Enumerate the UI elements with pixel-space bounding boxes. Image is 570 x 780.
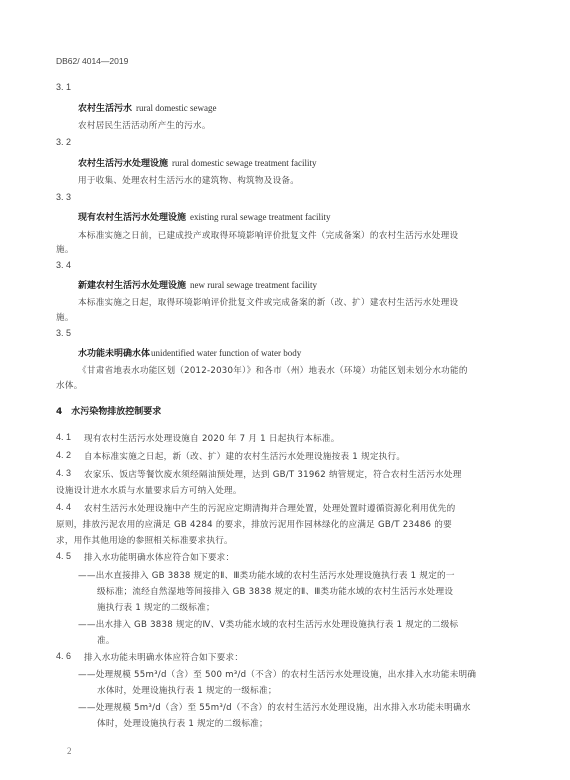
clause-number: 4. 3	[56, 468, 71, 478]
clause-text-cont: 原则，排放污泥农用的应满足 GB 4284 的要求，排放污泥用作园林绿化的应满足…	[56, 518, 452, 530]
clause-text: 现有农村生活污水处理设施自 2020 年 7 月 1 日起执行本标准。	[84, 432, 340, 444]
definition-number: 3. 1	[56, 82, 71, 92]
list-item: ——处理规模 55m³/d（含）至 500 m³/d（不含）的农村生活污水处理设…	[78, 668, 476, 680]
clause-text-cont: 求，用作其他用途的参照相关标准要求执行。	[56, 534, 233, 546]
list-item-cont: 水体时，处理设施执行表 1 规定的一级标准；	[97, 684, 277, 696]
definition-number: 3. 2	[56, 137, 71, 147]
clause-text-cont: 设施设计进水水质与水量要求后方可纳入处理。	[56, 484, 242, 496]
term-zh: 新建农村生活污水处理设施	[78, 281, 186, 291]
clause-number: 4. 2	[56, 450, 71, 460]
term-zh: 农村生活污水	[78, 104, 132, 114]
term-en: new rural sewage treatment facility	[190, 280, 317, 290]
definition-term: 现有农村生活污水处理设施existing rural sewage treatm…	[78, 210, 330, 223]
term-zh: 现有农村生活污水处理设施	[78, 213, 186, 223]
document-page: DB62/ 4014—2019 3. 1 农村生活污水rural domesti…	[0, 0, 570, 780]
definition-number: 3. 5	[56, 328, 71, 338]
definition-text-cont: 水体。	[56, 379, 83, 391]
list-item-cont: 准。	[97, 634, 115, 646]
clause-number: 4. 4	[56, 502, 71, 512]
clause-number: 4. 6	[56, 651, 71, 661]
section-heading: 4 水污染物排放控制要求	[56, 404, 161, 417]
term-zh: 农村生活污水处理设施	[78, 159, 168, 169]
definition-text: 用于收集、处理农村生活污水的建筑物、构筑物及设备。	[78, 174, 299, 186]
definition-text-cont: 施。	[56, 311, 74, 323]
term-en: existing rural sewage treatment facility	[190, 212, 330, 222]
list-item-cont: 级标准；流经自然湿地等间接排入 GB 3838 规定的Ⅱ、Ⅲ类功能水域的农村生活…	[97, 585, 453, 597]
page-number: 2	[67, 746, 72, 756]
definition-text: 本标准实施之日前，已建成投产或取得环境影响评价批复文件（完成备案）的农村生活污水…	[78, 229, 458, 241]
term-en: rural domestic sewage treatment facility	[172, 158, 316, 168]
list-item: ——出水直接排入 GB 3838 规定的Ⅱ、Ⅲ类功能水域的农村生活污水处理设施执…	[78, 569, 455, 581]
definition-term: 新建农村生活污水处理设施new rural sewage treatment f…	[78, 278, 317, 291]
term-zh: 水功能未明确水体	[78, 349, 150, 359]
definition-term: 农村生活污水处理设施rural domestic sewage treatmen…	[78, 156, 316, 169]
clause-text: 自本标准实施之日起，新（改、扩）建的农村生活污水处理设施按表 1 规定执行。	[84, 450, 405, 462]
clause-text: 排入水功能未明确水体应符合如下要求：	[84, 651, 243, 663]
document-id: DB62/ 4014—2019	[56, 56, 128, 66]
clause-text: 排入水功能明确水体应符合如下要求：	[84, 551, 234, 563]
definition-term: 水功能未明确水体unidentified water function of w…	[78, 346, 301, 359]
definition-number: 3. 3	[56, 192, 71, 202]
definition-number: 3. 4	[56, 260, 71, 270]
list-item: ——处理规模 5m³/d（含）至 55m³/d（不含）的农村生活污水处理设施，出…	[78, 701, 471, 713]
term-en: unidentified water function of water bod…	[151, 348, 301, 358]
term-en: rural domestic sewage	[136, 103, 216, 113]
definition-text: 《甘肃省地表水功能区划（2012-2030年）》和各市（州）地表水（环境）功能区…	[78, 364, 468, 376]
clause-number: 4. 1	[56, 432, 71, 442]
definition-text: 本标准实施之日起，取得环境影响评价批复文件或完成备案的新（改、扩）建农村生活污水…	[78, 296, 458, 308]
list-item-cont: 施执行表 1 规定的二级标准；	[97, 601, 215, 613]
definition-term: 农村生活污水rural domestic sewage	[78, 101, 216, 114]
clause-text: 农村生活污水处理设施中产生的污泥应定期清掏并合理处置，处理处置时遵循资源化利用优…	[84, 502, 455, 514]
clause-text: 农家乐、饭店等餐饮废水须经隔油预处理，达到 GB/T 31962 纳管规定，符合…	[84, 468, 462, 480]
definition-text-cont: 施。	[56, 243, 74, 255]
definition-text: 农村居民生活活动所产生的污水。	[78, 119, 211, 131]
list-item-cont: 体时，处理设施执行表 1 规定的二级标准；	[97, 717, 268, 729]
list-item: ——出水排入 GB 3838 规定的Ⅳ、Ⅴ类功能水域的农村生活污水处理设施执行表…	[78, 618, 458, 630]
clause-number: 4. 5	[56, 551, 71, 561]
